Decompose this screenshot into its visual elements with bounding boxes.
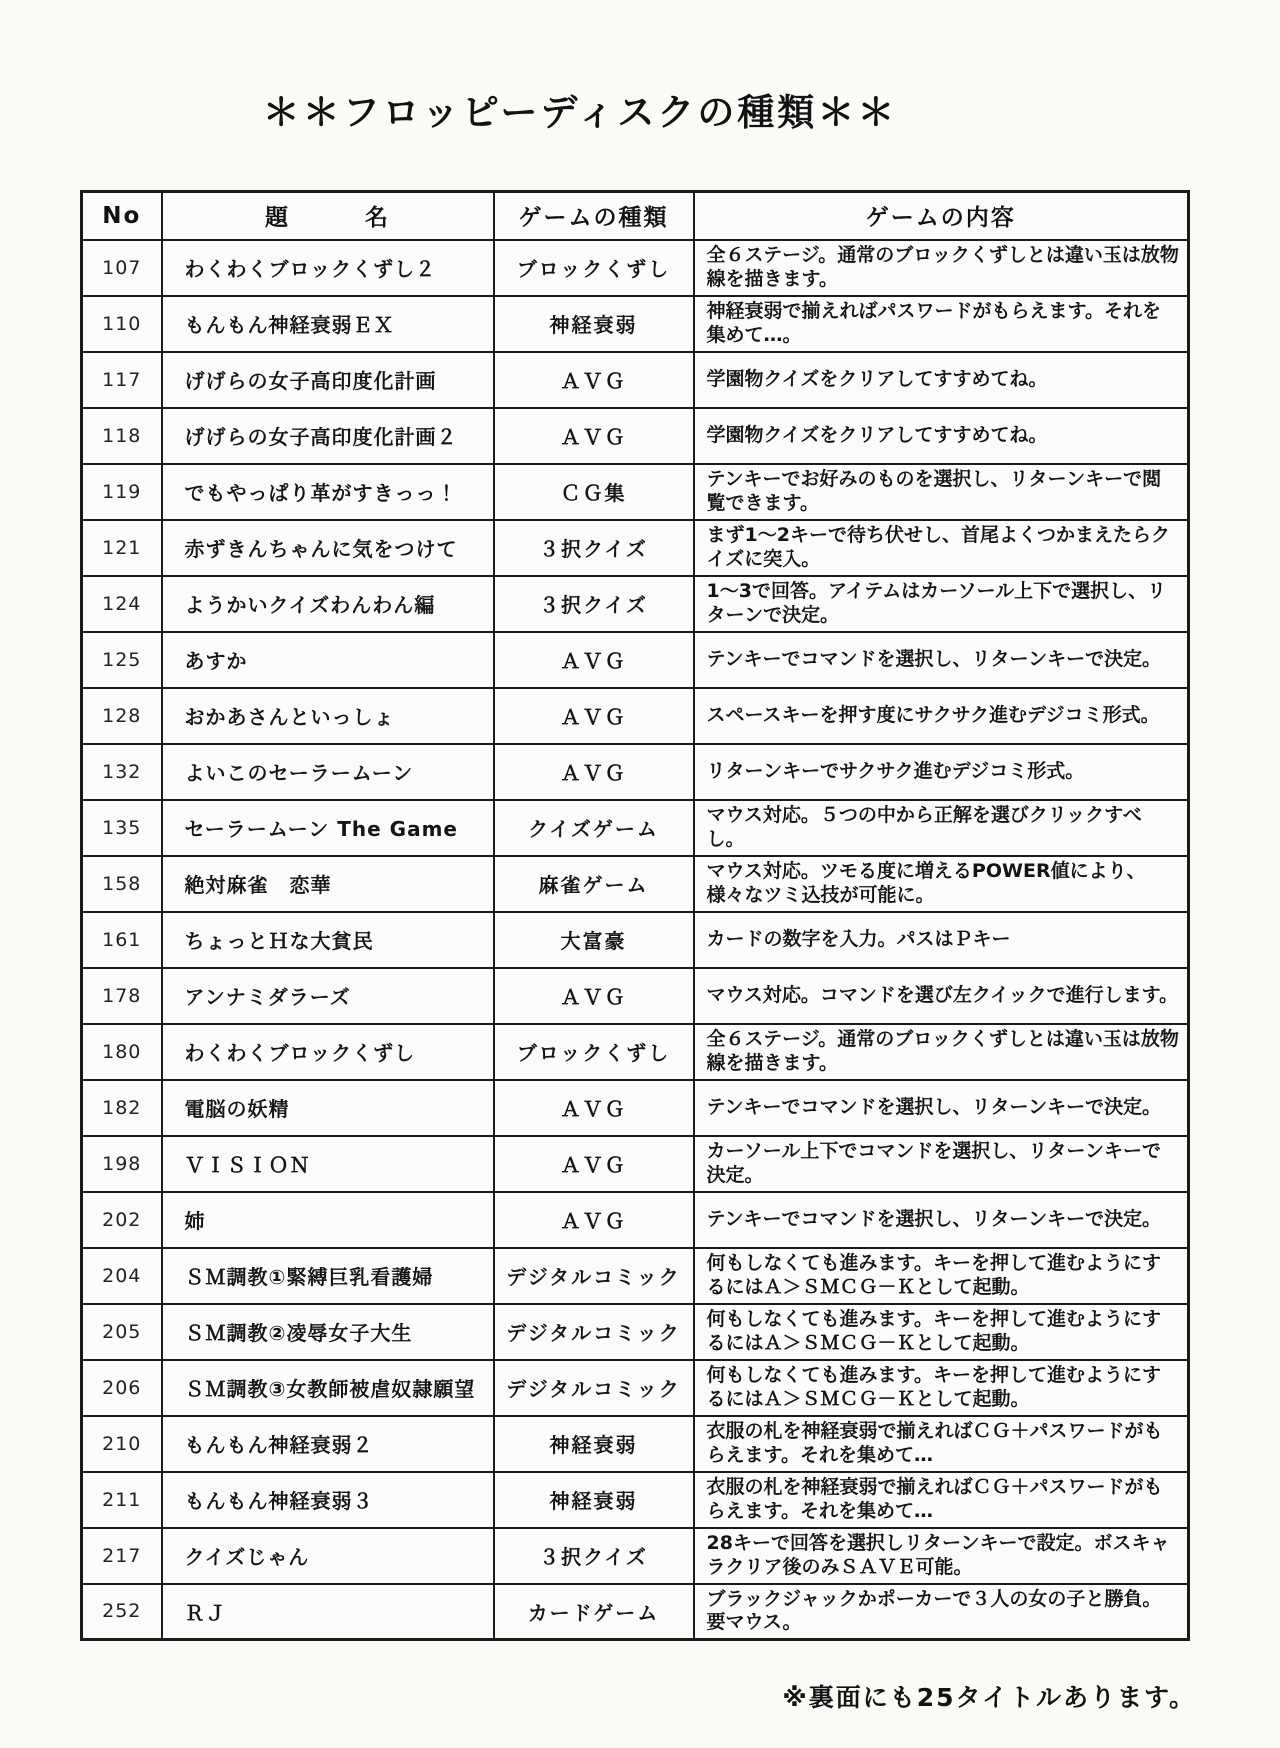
cell-no: 161 bbox=[82, 912, 162, 968]
cell-type: 大富豪 bbox=[494, 912, 694, 968]
cell-type: デジタルコミック bbox=[494, 1304, 694, 1360]
table-row: 205ＳＭ調教②凌辱女子大生デジタルコミック何もしなくても進みます。キーを押して… bbox=[82, 1304, 1189, 1360]
cell-type: ＡＶＧ bbox=[494, 968, 694, 1024]
cell-no: 158 bbox=[82, 856, 162, 912]
table-row: 119でもやっぱり革がすきっっ！ＣＧ集テンキーでお好みのものを選択し、リターンキ… bbox=[82, 464, 1189, 520]
cell-title: でもやっぱり革がすきっっ！ bbox=[162, 464, 494, 520]
cell-title: 電脳の妖精 bbox=[162, 1080, 494, 1136]
cell-type: ＡＶＧ bbox=[494, 744, 694, 800]
table-row: 124ようかいクイズわんわん編３択クイズ1～3で回答。アイテムはカーソール上下で… bbox=[82, 576, 1189, 632]
cell-desc: スペースキーを押す度にサクサク進むデジコミ形式。 bbox=[694, 688, 1189, 744]
footnote: ※裏面にも25タイトルあります。 bbox=[782, 1678, 1196, 1714]
cell-desc: カーソール上下でコマンドを選択し、リターンキーで決定。 bbox=[694, 1136, 1189, 1192]
cell-title: 赤ずきんちゃんに気をつけて bbox=[162, 520, 494, 576]
cell-type: デジタルコミック bbox=[494, 1360, 694, 1416]
table-row: 132よいこのセーラームーンＡＶＧリターンキーでサクサク進むデジコミ形式。 bbox=[82, 744, 1189, 800]
header-title: 題 名 bbox=[162, 192, 494, 240]
cell-desc: 学園物クイズをクリアしてすすめてね。 bbox=[694, 408, 1189, 464]
cell-desc: 何もしなくても進みます。キーを押して進むようにするにはＡ＞ＳＭＣＧ－Ｋとして起動… bbox=[694, 1360, 1189, 1416]
table-row: 125あすかＡＶＧテンキーでコマンドを選択し、リターンキーで決定。 bbox=[82, 632, 1189, 688]
cell-no: 211 bbox=[82, 1472, 162, 1528]
table-row: 107わくわくブロックくずし２ブロックくずし全６ステージ。通常のブロックくずしと… bbox=[82, 240, 1189, 296]
cell-no: 121 bbox=[82, 520, 162, 576]
table-row: 217クイズじゃん３択クイズ28キーで回答を選択しリターンキーで設定。ボスキャラ… bbox=[82, 1528, 1189, 1584]
cell-type: ＡＶＧ bbox=[494, 1136, 694, 1192]
header-type: ゲームの種類 bbox=[494, 192, 694, 240]
cell-desc: テンキーでコマンドを選択し、リターンキーで決定。 bbox=[694, 632, 1189, 688]
table-row: 121赤ずきんちゃんに気をつけて３択クイズまず1～2キーで待ち伏せし、首尾よくつ… bbox=[82, 520, 1189, 576]
cell-type: 神経衰弱 bbox=[494, 296, 694, 352]
cell-title: ちょっとＨな大貧民 bbox=[162, 912, 494, 968]
cell-no: 182 bbox=[82, 1080, 162, 1136]
header-desc: ゲームの内容 bbox=[694, 192, 1189, 240]
header-row: No 題 名 ゲームの種類 ゲームの内容 bbox=[82, 192, 1189, 240]
table-row: 118げげらの女子高印度化計画２ＡＶＧ学園物クイズをクリアしてすすめてね。 bbox=[82, 408, 1189, 464]
table-row: 204ＳＭ調教①緊縛巨乳看護婦デジタルコミック何もしなくても進みます。キーを押し… bbox=[82, 1248, 1189, 1304]
cell-no: 118 bbox=[82, 408, 162, 464]
cell-no: 206 bbox=[82, 1360, 162, 1416]
cell-no: 217 bbox=[82, 1528, 162, 1584]
cell-desc: リターンキーでサクサク進むデジコミ形式。 bbox=[694, 744, 1189, 800]
cell-desc: 1～3で回答。アイテムはカーソール上下で選択し、リターンで決定。 bbox=[694, 576, 1189, 632]
cell-no: 132 bbox=[82, 744, 162, 800]
cell-title: ＳＭ調教③女教師被虐奴隷願望 bbox=[162, 1360, 494, 1416]
table-row: 182電脳の妖精ＡＶＧテンキーでコマンドを選択し、リターンキーで決定。 bbox=[82, 1080, 1189, 1136]
table-row: 178アンナミダラーズＡＶＧマウス対応。コマンドを選び左クイックで進行します。 bbox=[82, 968, 1189, 1024]
cell-no: 210 bbox=[82, 1416, 162, 1472]
cell-title: 姉 bbox=[162, 1192, 494, 1248]
cell-type: ３択クイズ bbox=[494, 576, 694, 632]
table-row: 252ＲＪカードゲームブラックジャックかポーカーで３人の女の子と勝負。要マウス。 bbox=[82, 1584, 1189, 1640]
game-table-body: 107わくわくブロックくずし２ブロックくずし全６ステージ。通常のブロックくずしと… bbox=[82, 240, 1189, 1640]
cell-desc: ブラックジャックかポーカーで３人の女の子と勝負。要マウス。 bbox=[694, 1584, 1189, 1640]
cell-desc: マウス対応。コマンドを選び左クイックで進行します。 bbox=[694, 968, 1189, 1024]
cell-desc: テンキーでお好みのものを選択し、リターンキーで閲覧できます。 bbox=[694, 464, 1189, 520]
table-row: 117げげらの女子高印度化計画ＡＶＧ学園物クイズをクリアしてすすめてね。 bbox=[82, 352, 1189, 408]
cell-desc: 学園物クイズをクリアしてすすめてね。 bbox=[694, 352, 1189, 408]
table-row: 198ＶＩＳＩＯＮＡＶＧカーソール上下でコマンドを選択し、リターンキーで決定。 bbox=[82, 1136, 1189, 1192]
page-title: ＊＊フロッピーディスクの種類＊＊ bbox=[0, 82, 1160, 136]
cell-type: ブロックくずし bbox=[494, 1024, 694, 1080]
cell-no: 128 bbox=[82, 688, 162, 744]
cell-title: ようかいクイズわんわん編 bbox=[162, 576, 494, 632]
cell-no: 110 bbox=[82, 296, 162, 352]
table-header: No 題 名 ゲームの種類 ゲームの内容 bbox=[82, 192, 1189, 240]
cell-type: 神経衰弱 bbox=[494, 1416, 694, 1472]
cell-title: おかあさんといっしょ bbox=[162, 688, 494, 744]
cell-type: ３択クイズ bbox=[494, 520, 694, 576]
cell-desc: 衣服の札を神経衰弱で揃えればＣＧ＋パスワードがもらえます。それを集めて… bbox=[694, 1472, 1189, 1528]
cell-type: ＡＶＧ bbox=[494, 352, 694, 408]
table-row: 202姉ＡＶＧテンキーでコマンドを選択し、リターンキーで決定。 bbox=[82, 1192, 1189, 1248]
cell-type: ＡＶＧ bbox=[494, 632, 694, 688]
cell-title: もんもん神経衰弱ＥＸ bbox=[162, 296, 494, 352]
cell-type: ＣＧ集 bbox=[494, 464, 694, 520]
cell-title: セーラームーン The Game bbox=[162, 800, 494, 856]
table-row: 161ちょっとＨな大貧民大富豪カードの数字を入力。パスはＰキー bbox=[82, 912, 1189, 968]
cell-type: 麻雀ゲーム bbox=[494, 856, 694, 912]
cell-type: デジタルコミック bbox=[494, 1248, 694, 1304]
cell-type: ＡＶＧ bbox=[494, 1080, 694, 1136]
cell-type: クイズゲーム bbox=[494, 800, 694, 856]
table-row: 135セーラームーン The Gameクイズゲームマウス対応。５つの中から正解を… bbox=[82, 800, 1189, 856]
cell-desc: 神経衰弱で揃えればパスワードがもらえます。それを集めて…。 bbox=[694, 296, 1189, 352]
game-table: No 題 名 ゲームの種類 ゲームの内容 107わくわくブロックくずし２ブロック… bbox=[80, 190, 1190, 1641]
cell-no: 205 bbox=[82, 1304, 162, 1360]
cell-desc: 何もしなくても進みます。キーを押して進むようにするにはＡ＞ＳＭＣＧ－Ｋとして起動… bbox=[694, 1304, 1189, 1360]
cell-title: よいこのセーラームーン bbox=[162, 744, 494, 800]
table-row: 110もんもん神経衰弱ＥＸ神経衰弱神経衰弱で揃えればパスワードがもらえます。それ… bbox=[82, 296, 1189, 352]
cell-title: わくわくブロックくずし２ bbox=[162, 240, 494, 296]
cell-no: 178 bbox=[82, 968, 162, 1024]
cell-desc: テンキーでコマンドを選択し、リターンキーで決定。 bbox=[694, 1192, 1189, 1248]
table-row: 180わくわくブロックくずしブロックくずし全６ステージ。通常のブロックくずしとは… bbox=[82, 1024, 1189, 1080]
table-row: 206ＳＭ調教③女教師被虐奴隷願望デジタルコミック何もしなくても進みます。キーを… bbox=[82, 1360, 1189, 1416]
cell-title: あすか bbox=[162, 632, 494, 688]
cell-desc: マウス対応。ツモる度に増えるPOWER値により、様々なツミ込技が可能に。 bbox=[694, 856, 1189, 912]
cell-title: ＲＪ bbox=[162, 1584, 494, 1640]
table-row: 158絶対麻雀 恋華麻雀ゲームマウス対応。ツモる度に増えるPOWER値により、様… bbox=[82, 856, 1189, 912]
cell-title: ＳＭ調教①緊縛巨乳看護婦 bbox=[162, 1248, 494, 1304]
cell-type: ＡＶＧ bbox=[494, 408, 694, 464]
cell-no: 252 bbox=[82, 1584, 162, 1640]
cell-desc: まず1～2キーで待ち伏せし、首尾よくつかまえたらクイズに突入。 bbox=[694, 520, 1189, 576]
cell-title: もんもん神経衰弱２ bbox=[162, 1416, 494, 1472]
cell-desc: 何もしなくても進みます。キーを押して進むようにするにはＡ＞ＳＭＣＧ－Ｋとして起動… bbox=[694, 1248, 1189, 1304]
cell-title: アンナミダラーズ bbox=[162, 968, 494, 1024]
cell-type: カードゲーム bbox=[494, 1584, 694, 1640]
cell-type: 神経衰弱 bbox=[494, 1472, 694, 1528]
cell-no: 125 bbox=[82, 632, 162, 688]
cell-type: ＡＶＧ bbox=[494, 688, 694, 744]
cell-title: げげらの女子高印度化計画２ bbox=[162, 408, 494, 464]
cell-desc: 衣服の札を神経衰弱で揃えればＣＧ＋パスワードがもらえます。それを集めて… bbox=[694, 1416, 1189, 1472]
cell-no: 204 bbox=[82, 1248, 162, 1304]
cell-title: もんもん神経衰弱３ bbox=[162, 1472, 494, 1528]
cell-desc: テンキーでコマンドを選択し、リターンキーで決定。 bbox=[694, 1080, 1189, 1136]
cell-no: 180 bbox=[82, 1024, 162, 1080]
cell-no: 107 bbox=[82, 240, 162, 296]
cell-desc: マウス対応。５つの中から正解を選びクリックすべし。 bbox=[694, 800, 1189, 856]
cell-no: 202 bbox=[82, 1192, 162, 1248]
cell-desc: 全６ステージ。通常のブロックくずしとは違い玉は放物線を描きます。 bbox=[694, 240, 1189, 296]
cell-type: ブロックくずし bbox=[494, 240, 694, 296]
cell-title: わくわくブロックくずし bbox=[162, 1024, 494, 1080]
cell-title: ＳＭ調教②凌辱女子大生 bbox=[162, 1304, 494, 1360]
table-row: 128おかあさんといっしょＡＶＧスペースキーを押す度にサクサク進むデジコミ形式。 bbox=[82, 688, 1189, 744]
cell-no: 135 bbox=[82, 800, 162, 856]
cell-desc: 全６ステージ。通常のブロックくずしとは違い玉は放物線を描きます。 bbox=[694, 1024, 1189, 1080]
cell-no: 198 bbox=[82, 1136, 162, 1192]
cell-type: ＡＶＧ bbox=[494, 1192, 694, 1248]
scanned-page: ＊＊フロッピーディスクの種類＊＊ No 題 名 ゲームの種類 ゲームの内容 10… bbox=[0, 0, 1280, 1748]
cell-type: ３択クイズ bbox=[494, 1528, 694, 1584]
cell-title: 絶対麻雀 恋華 bbox=[162, 856, 494, 912]
cell-no: 117 bbox=[82, 352, 162, 408]
header-no: No bbox=[82, 192, 162, 240]
cell-no: 119 bbox=[82, 464, 162, 520]
cell-desc: カードの数字を入力。パスはＰキー bbox=[694, 912, 1189, 968]
cell-title: げげらの女子高印度化計画 bbox=[162, 352, 494, 408]
cell-title: クイズじゃん bbox=[162, 1528, 494, 1584]
cell-no: 124 bbox=[82, 576, 162, 632]
cell-desc: 28キーで回答を選択しリターンキーで設定。ボスキャラクリア後のみＳＡＶＥ可能。 bbox=[694, 1528, 1189, 1584]
table-row: 211もんもん神経衰弱３神経衰弱衣服の札を神経衰弱で揃えればＣＧ＋パスワードがも… bbox=[82, 1472, 1189, 1528]
cell-title: ＶＩＳＩＯＮ bbox=[162, 1136, 494, 1192]
table-row: 210もんもん神経衰弱２神経衰弱衣服の札を神経衰弱で揃えればＣＧ＋パスワードがも… bbox=[82, 1416, 1189, 1472]
